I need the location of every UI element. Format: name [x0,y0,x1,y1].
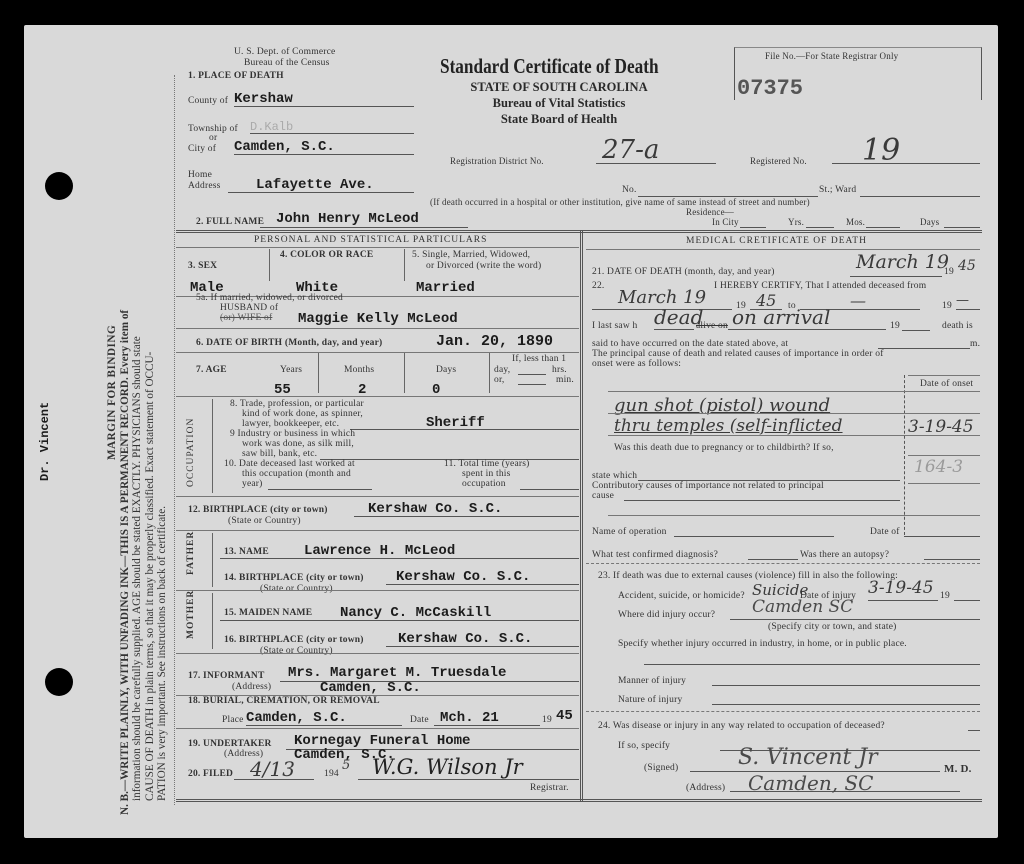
dept-line-2: Bureau of the Census [244,58,330,68]
cause-line-2 [608,435,980,436]
undertaker-label: 19. UNDERTAKER [188,739,272,749]
row-line-14 [176,590,579,591]
autopsy-label: Was there an autopsy? [800,550,889,560]
row-line-5a [176,328,579,329]
dept-line-1: U. S. Dept. of Commerce [234,47,335,57]
test-label: What test confirmed diagnosis? [592,550,718,560]
contrib-text-2: cause [592,491,614,501]
row-line-16 [176,653,579,654]
days-age-label: Days [436,365,456,375]
mother-bp-label: 16. BIRTHPLACE (city or town) [224,635,364,645]
margin-line-2: N. B.—WRITE PLAINLY, WITH UNFADING INK—T… [119,310,132,815]
mother-bp-sub-label: (State or Country) [260,646,333,656]
row-line-23 [586,711,980,712]
father-bp-sub-label: (State or Country) [260,584,333,594]
file-number-label: File No.—For State Registrar Only [765,51,898,61]
spouse-label-3: (or) WIFE of [220,313,272,323]
registrar-signature-field[interactable]: W.G. Wilson Jr [358,755,579,780]
margin-line-3: information should be carefully supplied… [131,310,144,815]
dod-field[interactable]: March 19 [850,251,942,277]
cause-line-1 [608,413,980,414]
mother-side-divider [212,593,213,649]
occ10-label-3: year) [242,479,263,489]
footer-divider [176,799,982,802]
street-no-field[interactable] [638,185,818,197]
father-bp-label: 14. BIRTHPLACE (city or town) [224,573,364,583]
registrar-signature: W.G. Wilson Jr [358,755,523,779]
certificate-title: Standard Certificate of Death [440,54,659,79]
pregnancy-text-2: state which [592,471,637,481]
city-label: City of [188,144,216,154]
spouse-label-1: 5a. If married, widowed, or divorced [196,293,343,303]
last-saw-year-field[interactable] [902,321,930,331]
occupation-side-label: OCCUPATION [186,418,196,487]
dod-year-value[interactable]: 45 [958,258,976,274]
operation-date-field[interactable] [904,527,980,537]
birthplace-field[interactable]: Kershaw Co. S.C. [354,499,579,517]
cause-line-end [608,515,980,516]
death-is-label: death is [942,321,973,331]
birthplace-value: Kershaw Co. S.C. [354,501,502,517]
township-value: D.Kalb [250,120,293,134]
home-label-1: Home [188,170,212,180]
file-number-box: File No.—For State Registrar Only 07375 [734,47,982,100]
occ11-label-1: 11. Total time (years) [444,459,530,469]
occ8-label-3: lawyer, bookkeeper, etc. [242,419,339,429]
sex-label: 3. SEX [188,261,217,271]
sex-race-divider [269,249,270,281]
county-field[interactable]: Kershaw [234,89,414,107]
occupation-field[interactable]: Sheriff [350,413,579,430]
attended-to-year-field[interactable]: — [956,291,980,310]
occ11-label-2: spent in this [462,469,511,479]
personal-heading: PERSONAL AND STATISTICAL PARTICULARS [254,235,487,245]
or-label: or [209,133,217,143]
burial-year-prefix: 19 [542,715,552,725]
race-marital-divider [404,249,405,281]
burial-date-label: Date [410,715,429,725]
alive-on-value: on arrival [728,305,830,329]
pregnancy-field[interactable] [638,471,900,481]
spouse-label-2: HUSBAND of [220,303,278,313]
onset-label: Date of onset [920,379,973,389]
filed-date-field[interactable]: 4/13 [234,757,314,780]
signature-field[interactable]: S. Vincent Jr [690,745,940,772]
occ11-label-3: occupation [462,479,506,489]
punch-hole-top [45,172,73,200]
years-label: Years [280,365,302,375]
occ8-label-1: 8. Trade, profession, or particular [230,399,364,409]
days-label: Days [920,217,939,227]
alive-on-field[interactable]: on arrival [728,305,886,330]
column-divider [580,231,583,801]
physician-address-field[interactable]: Camden, SC [730,771,960,792]
occ9-label-1: 9 Industry or business in which [230,429,355,439]
attended-to-year-value: — [956,293,969,308]
place-of-death-label: 1. PLACE OF DEATH [188,71,284,81]
filed-date-value: 4/13 [234,757,295,781]
onset-line-4 [908,483,980,484]
birthplace-label: 12. BIRTHPLACE (city or town) [188,505,328,515]
burial-year-value[interactable]: 45 [556,708,573,724]
cause-line-0 [608,391,980,392]
row-line-18 [176,728,579,729]
informant-name-value: Mrs. Margaret M. Truesdale [280,665,506,681]
months-label: Months [344,365,374,375]
manner-label: Manner of injury [618,676,686,686]
burial-place-value: Camden, S.C. [246,710,347,726]
in-city-field[interactable] [740,217,766,228]
lt-or-label: or, [494,375,505,385]
occupation-value: Sheriff [350,415,485,431]
filed-year-suffix[interactable]: 5 [342,758,350,773]
filed-year-prefix: 194 [324,769,339,779]
age-div-2 [404,353,405,393]
time-in-occupation-field[interactable] [520,479,579,490]
occ8-label-2: kind of work done, as spinner, [242,409,363,419]
occ-related-field[interactable] [968,721,980,731]
lt-min-field[interactable] [518,375,546,385]
last-saw-field[interactable]: dead [654,305,694,330]
lt-day-label-2: day, [494,365,510,375]
burial-place-label: Place [222,715,244,725]
principal-text-1: The principal cause of death and related… [592,349,884,359]
father-side-label: FATHER [186,531,196,575]
where-sub-label: (Specify city or town, and state) [768,622,896,632]
medical-heading: MEDICAL CRETIFICATE OF DEATH [686,236,867,246]
state-name: STATE OF SOUTH CAROLINA [444,80,674,95]
margin-line-1: MARGIN FOR BINDING [106,310,119,815]
days-field[interactable] [944,217,980,228]
informant-address-value[interactable]: Camden, S.C. [320,680,421,696]
occ9-label-3: saw bill, bank, etc. [242,449,317,459]
burial-label: 18. BURIAL, CREMATION, OR REMOVAL [188,696,380,706]
physician-address-label: (Address) [686,783,725,793]
physician-signature: S. Vincent Jr [690,745,878,770]
where-value: Camden SC [730,597,853,617]
marital-value[interactable]: Married [416,280,475,296]
death-certificate: Dr. Vincent MARGIN FOR BINDING N. B.—WRI… [24,25,998,838]
lt-hrs-label: hrs. [552,365,567,375]
age-div-1 [318,353,319,393]
informant-label: 17. INFORMANT [188,671,265,681]
marital-label-2: or Divorced (write the word) [426,261,541,271]
row-line-11 [176,496,579,497]
margin-instructions: MARGIN FOR BINDING N. B.—WRITE PLAINLY, … [106,310,169,815]
side-note: Dr. Vincent [38,402,52,481]
row-line-6 [176,352,579,353]
age-div-3 [489,353,490,393]
header-divider [176,230,982,233]
nature-field[interactable] [712,695,980,705]
home-label-2: Address [188,181,221,191]
home-address-value: Lafayette Ave. [228,177,374,193]
marital-label-1: 5. Single, Married, Widowed, [412,250,530,260]
last-saw-label: I last saw h [592,321,637,331]
filed-label: 20. FILED [188,769,233,779]
attended-to-year-prefix: 19 [942,301,952,311]
mother-name-value: Nancy C. McCaskill [220,605,491,621]
full-name-value: John Henry McLeod [260,211,419,227]
father-side-divider [212,533,213,587]
onset-line-3 [908,455,980,456]
margin-line-4: CAUSE OF DEATH in plain terms, so that i… [144,310,157,815]
street-no-label: No. [622,185,637,195]
lt-hrs-field[interactable] [518,365,546,375]
occ9-label-2: work was done, as silk mill, [242,439,354,449]
test-field[interactable] [748,550,798,560]
nature-label: Nature of injury [618,695,682,705]
dod-year-prefix: 19 [944,267,954,277]
occurred-time-field[interactable] [878,339,970,349]
burial-date-value: Mch. 21 [434,710,499,726]
lt-day-label-1: If, less than 1 [512,354,566,364]
pregnancy-text-1: Was this death due to pregnancy or to ch… [614,443,834,453]
operation-field[interactable] [674,527,834,537]
dob-label: 6. DATE OF BIRTH (Month, day, and year) [196,338,382,348]
county-value: Kershaw [234,91,293,107]
home-address-field[interactable]: Lafayette Ave. [228,175,414,193]
accident-label: Accident, suicide, or homicide? [618,591,745,601]
last-worked-field[interactable] [268,479,372,490]
registered-label: Registered No. [750,156,807,166]
reg-district-value: 27-a [596,135,659,165]
injury-date-value: 3-19-45 [868,578,934,598]
board-name: State Board of Health [444,112,674,127]
dob-value[interactable]: Jan. 20, 1890 [436,333,553,350]
full-name-field[interactable]: John Henry McLeod [260,209,468,228]
contrib-text-1: Contributory causes of importance not re… [592,481,824,491]
birthplace-sub-label: (State or Country) [228,516,301,526]
manner-field[interactable] [712,676,980,686]
mos-field[interactable] [866,217,900,228]
township-field[interactable]: D.Kalb [250,117,414,134]
last-saw-year-prefix: 19 [890,321,900,331]
race-label: 4. COLOR OR RACE [280,250,373,260]
external-label: 23. If death was due to external causes … [598,571,898,581]
yrs-field[interactable] [806,217,834,228]
county-label: County of [188,96,228,106]
informant-address-label: (Address) [232,682,271,692]
reg-district-field[interactable]: 27-a [596,135,716,164]
father-name-value: Lawrence H. McLeod [220,543,455,559]
margin-line-5: PATION is very important. See instructio… [156,310,169,815]
residence-label: Residence— [686,207,734,217]
onset-1-value[interactable]: 3-19-45 [908,417,974,437]
row-line-7 [176,396,579,397]
burial-place-field[interactable]: Camden, S.C. [246,708,402,726]
mother-side-label: MOTHER [186,590,196,639]
signed-label: (Signed) [644,763,678,773]
occurred-m: m. [970,339,980,349]
spouse-value[interactable]: Maggie Kelly McLeod [298,311,458,327]
onset-code-value: 164-3 [914,457,963,477]
occ-related-label: 24. Was disease or injury in any way rel… [598,721,885,731]
physician-address-value: Camden, SC [730,771,873,795]
autopsy-field[interactable] [924,550,980,560]
city-field[interactable]: Camden, S.C. [234,137,414,155]
onset-header-top [908,375,980,376]
reg-district-label: Registration District No. [450,156,544,166]
ward-field[interactable] [860,185,980,197]
form-left-border [174,75,175,805]
certify-text: I HEREBY CERTIFY, That I attended deceas… [714,281,926,291]
personal-heading-line [176,247,579,248]
registered-value: 19 [832,133,900,168]
specify-place-field[interactable] [644,655,980,665]
operation-label: Name of operation [592,527,667,537]
yrs-label: Yrs. [788,217,804,227]
mother-name-field[interactable]: Nancy C. McCaskill [220,603,579,621]
where-field[interactable]: Camden SC [730,597,980,620]
registrar-label: Registrar. [530,783,569,793]
father-bp-value: Kershaw Co. S.C. [386,569,530,585]
occ10-label-1: 10. Date deceased last worked at [224,459,355,469]
dod-label: 21. DATE OF DEATH (month, day, and year) [592,267,775,277]
institution-note: (If death occurred in a hospital or othe… [430,197,810,207]
full-name-label: 2. FULL NAME [196,217,264,227]
cause-2-value[interactable]: thru temples (self-inflicted [614,416,843,436]
medical-heading-line [586,249,980,250]
row-line-22 [586,563,980,564]
bureau-name: Bureau of Vital Statistics [444,96,674,111]
contrib-field[interactable] [624,491,900,501]
occurred-text: said to have occurred on the date stated… [592,339,788,349]
age-label: 7. AGE [196,365,227,375]
row-line-12 [176,530,579,531]
occ10-label-2: this occupation (month and [242,469,351,479]
father-name-field[interactable]: Lawrence H. McLeod [220,541,579,559]
if-so-label: If so, specify [618,741,670,751]
punch-hole-bottom [45,668,73,696]
st-ward-label: St.; Ward [819,185,856,195]
onset-column-divider [904,375,905,535]
occupation-side-divider [212,399,213,493]
dod-value: March 19 [850,251,949,273]
lt-min-label: min. [556,375,574,385]
mos-label: Mos. [846,217,865,227]
specify-place-label: Specify whether injury occurred in indus… [618,639,907,649]
city-value: Camden, S.C. [234,139,335,155]
burial-date-field[interactable]: Mch. 21 [434,708,540,726]
principal-text-2: onset were as follows: [592,359,681,369]
operation-date-label: Date of [870,527,900,537]
mother-bp-value: Kershaw Co. S.C. [386,631,532,647]
alive-on-label: alive on [696,321,728,331]
mother-bp-field[interactable]: Kershaw Co. S.C. [386,629,579,647]
registered-field[interactable]: 19 [832,133,980,164]
father-bp-field[interactable]: Kershaw Co. S.C. [386,567,579,585]
where-label: Where did injury occur? [618,610,715,620]
in-city-label: In City [712,217,739,227]
file-number: 07375 [737,76,803,101]
